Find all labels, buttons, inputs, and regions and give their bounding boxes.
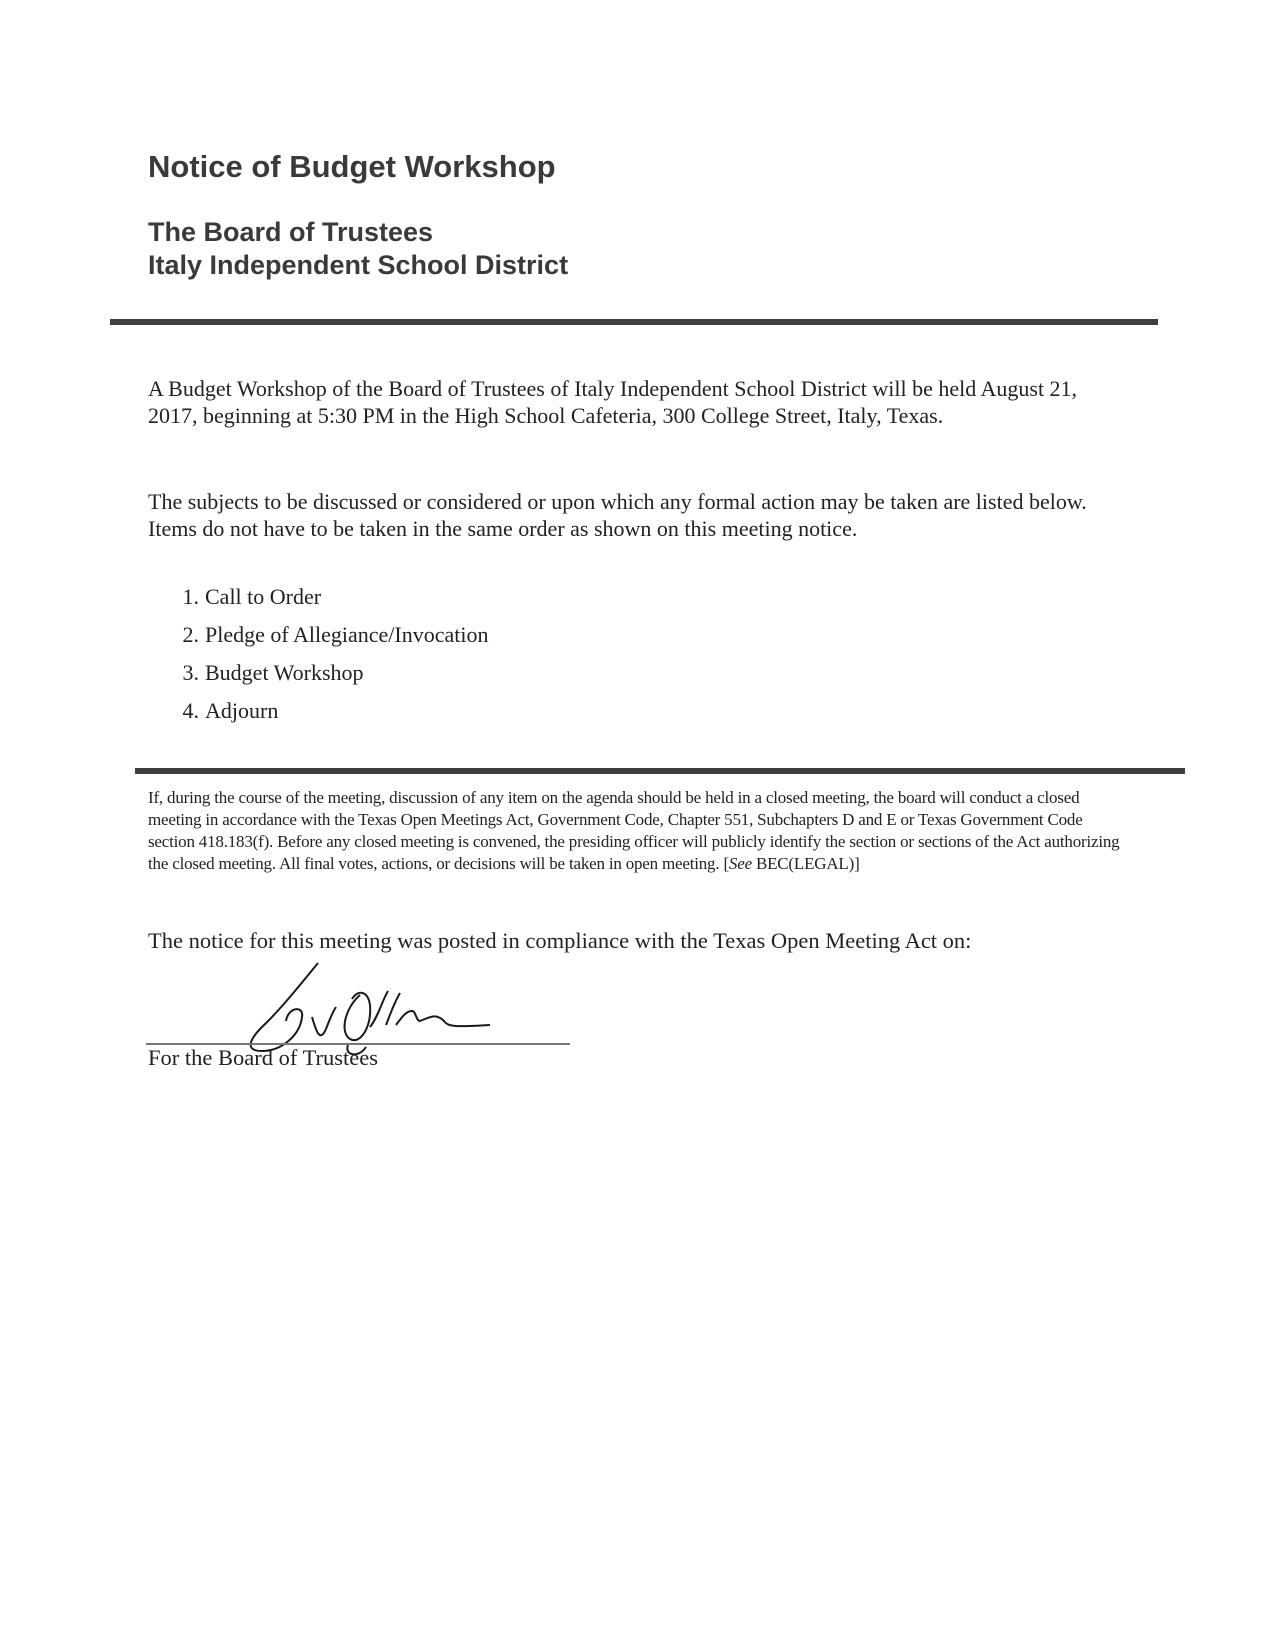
header-divider [110, 319, 1158, 325]
subjects-paragraph: The subjects to be discussed or consider… [148, 488, 1108, 542]
agenda-item-label: Call to Order [205, 578, 321, 616]
legal-notice-see: See [729, 854, 752, 873]
page-title: Notice of Budget Workshop [148, 149, 556, 185]
signature-icon [240, 955, 530, 1055]
district-name: Italy Independent School District [148, 250, 568, 281]
agenda-item-number: 3. [148, 654, 205, 692]
agenda-item-label: Pledge of Allegiance/Invocation [205, 616, 488, 654]
signature-caption: For the Board of Trustees [148, 1045, 378, 1071]
board-name: The Board of Trustees [148, 217, 433, 248]
agenda-item: 3.Budget Workshop [148, 654, 488, 692]
agenda-item-number: 2. [148, 616, 205, 654]
intro-paragraph: A Budget Workshop of the Board of Truste… [148, 375, 1108, 429]
legal-notice: If, during the course of the meeting, di… [148, 787, 1128, 875]
agenda-item-label: Budget Workshop [205, 654, 364, 692]
footer-divider [135, 768, 1185, 774]
agenda-item: 1.Call to Order [148, 578, 488, 616]
legal-notice-reference: BEC(LEGAL)] [752, 854, 860, 873]
agenda-item-number: 4. [148, 692, 205, 730]
agenda-item-number: 1. [148, 578, 205, 616]
agenda-list: 1.Call to Order 2.Pledge of Allegiance/I… [148, 578, 488, 730]
agenda-item: 4.Adjourn [148, 692, 488, 730]
legal-notice-text: If, during the course of the meeting, di… [148, 788, 1119, 873]
agenda-item-label: Adjourn [205, 692, 278, 730]
agenda-item: 2.Pledge of Allegiance/Invocation [148, 616, 488, 654]
posted-statement: The notice for this meeting was posted i… [148, 928, 971, 954]
